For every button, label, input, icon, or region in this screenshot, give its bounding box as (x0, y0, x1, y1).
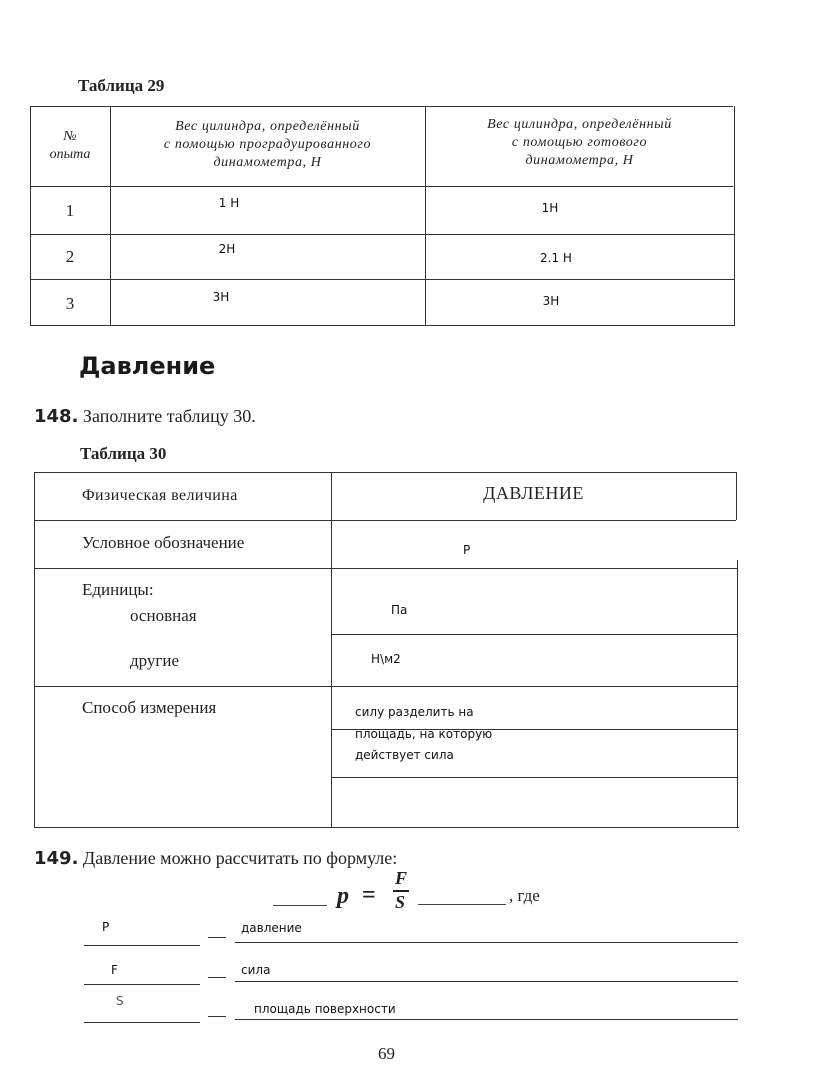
table29-header-graduated: Вес цилиндра, определённый с помощью про… (110, 118, 425, 172)
ready-value[interactable]: 3Н (425, 294, 677, 308)
formula-equals: = (362, 882, 376, 909)
definition-symbol[interactable]: F (111, 963, 118, 977)
header-line: с помощью готового (425, 134, 734, 152)
graduated-value[interactable]: 1 Н (110, 196, 348, 210)
formula-lhs: p (337, 883, 349, 910)
ready-value[interactable]: 2.1 Н (425, 251, 687, 265)
formula-denominator: S (395, 892, 405, 913)
header-line: с помощью проградуированного (110, 136, 425, 154)
units-main-value[interactable]: Па (391, 603, 407, 617)
header-line: динамометра, Н (425, 152, 734, 170)
method-line: силу разделить на (355, 702, 492, 724)
definition-meaning[interactable]: площадь поверхности (254, 1002, 396, 1016)
table29-header-number: № опыта (30, 128, 110, 164)
method-label: Способ измерения (82, 698, 216, 718)
definition-symbol[interactable]: S (116, 994, 124, 1008)
header-line: Вес цилиндра, определённый (110, 118, 425, 136)
formula-suffix: , где (509, 886, 540, 906)
task-148: 148. Заполните таблицу 30. (34, 406, 256, 427)
definition-meaning[interactable]: давление (241, 921, 302, 935)
task-number: 148. (34, 406, 78, 427)
header-line: опыта (30, 146, 110, 164)
table29-header-ready: Вес цилиндра, определённый с помощью гот… (425, 116, 734, 170)
task-149: 149. Давление можно рассчитать по формул… (34, 848, 397, 869)
task-number: 149. (34, 848, 78, 869)
symbol-value[interactable]: Р (463, 543, 470, 557)
header-line: № (30, 128, 110, 146)
section-title: Давление (79, 352, 215, 380)
row-number: 1 (30, 201, 110, 221)
method-line: площадь, на которую (355, 724, 492, 746)
quantity-label: Физическая величина (82, 487, 238, 505)
definition-meaning[interactable]: сила (241, 963, 270, 977)
header-line: динамометра, Н (110, 154, 425, 172)
task-text: Заполните таблицу 30. (83, 406, 256, 426)
graduated-value[interactable]: 3Н (110, 290, 332, 304)
row-number: 3 (30, 294, 110, 314)
table29-caption: Таблица 29 (78, 76, 164, 96)
units-main-label: основная (130, 606, 197, 626)
method-line: действует сила (355, 745, 492, 767)
units-other-label: другие (130, 651, 179, 671)
ready-value[interactable]: 1Н (425, 201, 675, 215)
units-other-value[interactable]: Н\м2 (371, 652, 401, 666)
header-line: Вес цилиндра, определённый (425, 116, 734, 134)
symbol-label: Условное обозначение (82, 533, 244, 553)
quantity-value: ДАВЛЕНИЕ (331, 483, 736, 504)
formula-numerator: F (395, 868, 407, 889)
definition-symbol[interactable]: Р (102, 920, 109, 934)
task-text: Давление можно рассчитать по формуле: (83, 848, 397, 868)
row-number: 2 (30, 247, 110, 267)
method-value[interactable]: силу разделить на площадь, на которую де… (355, 702, 492, 767)
units-label: Единицы: (82, 580, 154, 600)
graduated-value[interactable]: 2Н (110, 242, 344, 256)
page-number: 69 (378, 1044, 395, 1064)
table30-caption: Таблица 30 (80, 444, 166, 464)
